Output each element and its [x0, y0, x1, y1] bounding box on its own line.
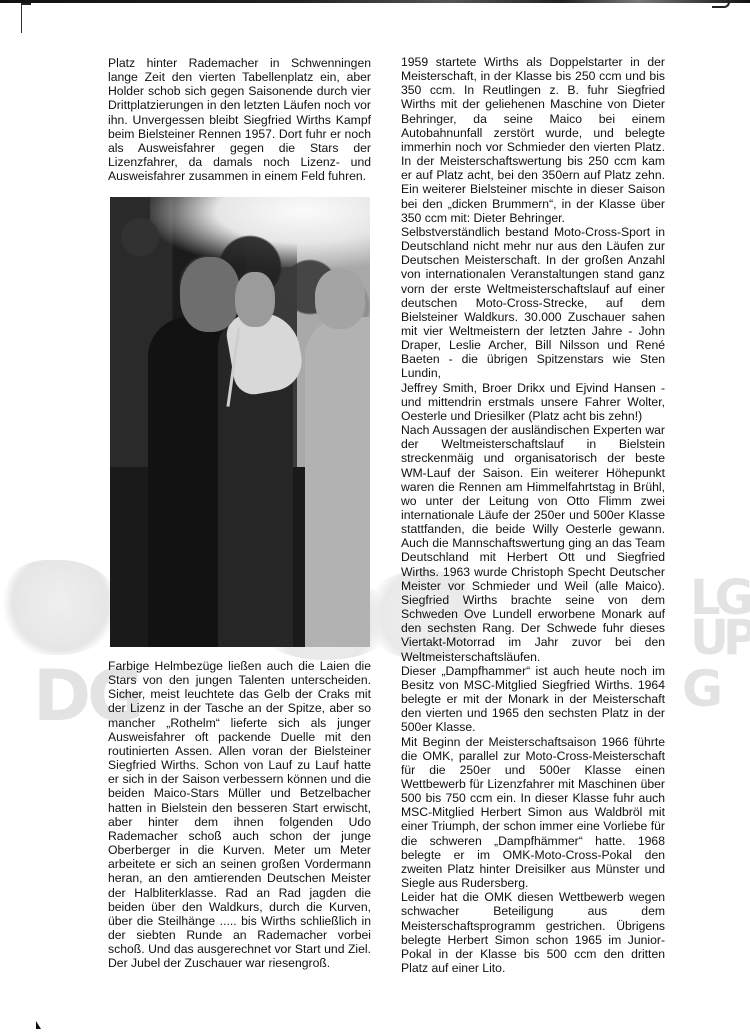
paragraph: 1959 startete Wirths als Doppelstarter i…: [401, 55, 665, 225]
watermark-face-left: [0, 560, 120, 655]
scan-artifact-left-corner: [21, 3, 31, 5]
photo-face-left: [180, 257, 240, 332]
paragraph: Nach Aussagen der ausländischen Experten…: [401, 423, 665, 664]
scan-edge-top: [0, 0, 750, 3]
paragraph: Farbige Helmbezüge ließen auch die Laien…: [108, 659, 371, 970]
paragraph: Leider hat die OMK diesen Wettbewerb weg…: [401, 890, 665, 975]
paragraph: Selbstverständlich bestand Moto-Cross-Sp…: [401, 225, 665, 381]
scan-artifact-right: [712, 0, 730, 8]
scan-corner-mark: [36, 1021, 41, 1029]
paragraph: Jeffrey Smith, Broer Drikx und Ejvind Ha…: [401, 381, 665, 423]
photo-man-trenchcoat: [305, 317, 370, 647]
watermark-letters-right-mid: UP: [690, 610, 750, 666]
paragraph: Mit Beginn der Meisterschaftsaison 1966 …: [401, 735, 665, 891]
paragraph: Dieser „Dampfhammer“ ist auch heute noch…: [401, 664, 665, 735]
paragraph: Platz hinter Rademacher in Schwenningen …: [108, 56, 371, 183]
scan-artifact-left: [21, 3, 22, 33]
photo-face-right: [315, 269, 365, 329]
right-column: 1959 startete Wirths als Doppelstarter i…: [401, 55, 665, 975]
left-column-top: Platz hinter Rademacher in Schwenningen …: [108, 56, 371, 183]
left-column-bottom: Farbige Helmbezüge ließen auch die Laien…: [108, 659, 371, 970]
historic-photo: [110, 197, 370, 647]
photo-face-middle: [235, 272, 275, 327]
watermark-letters-right-bottom: G: [682, 660, 723, 718]
